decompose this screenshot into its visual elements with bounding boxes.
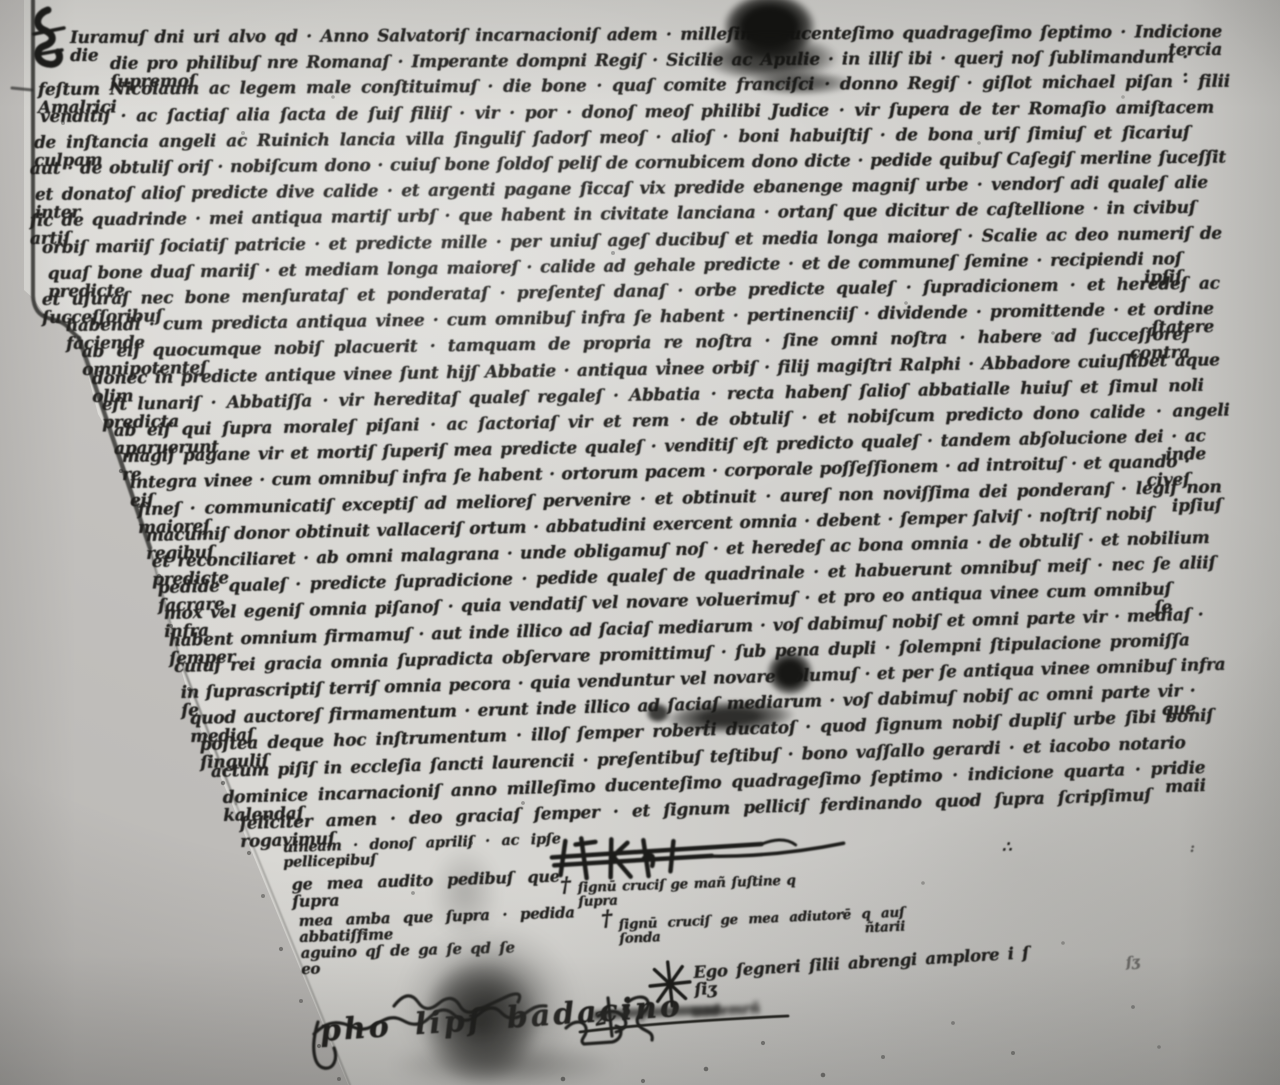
- ink-blot-mid: [766, 650, 814, 696]
- struck-notary-mark: [551, 825, 863, 890]
- ink-blot-mid-small: [645, 702, 671, 724]
- ink-blot-top-streak: [745, 70, 855, 96]
- notary-subscription-line: Ego ſegneri ſilii abrengi amplore i ſ ſi…: [693, 944, 1030, 998]
- closing-line-left: uineam · donoſ apriliſ · ac ipſe pellice…: [283, 831, 562, 870]
- paper-speckles: [0, 0, 2, 2]
- closing-section: uineam · donoſ apriliſ · ac ipſe pellice…: [0, 0, 1280, 1085]
- faint-tail-flourish: ſʒ: [1125, 955, 1140, 971]
- colon-mark: ∴: [1002, 840, 1012, 856]
- manuscript-photo: Iuramuſ dni uri alvo qd · Anno Salvatori…: [0, 0, 1280, 1085]
- witness2-signature-line: ſignū cruciſ ge mea adiutorē q auſ ſonda…: [618, 906, 905, 947]
- notary-underline-flourish: [578, 1004, 793, 1040]
- colon-mark-right: :: [1190, 842, 1195, 856]
- witness-cross-icon: †: [600, 907, 613, 931]
